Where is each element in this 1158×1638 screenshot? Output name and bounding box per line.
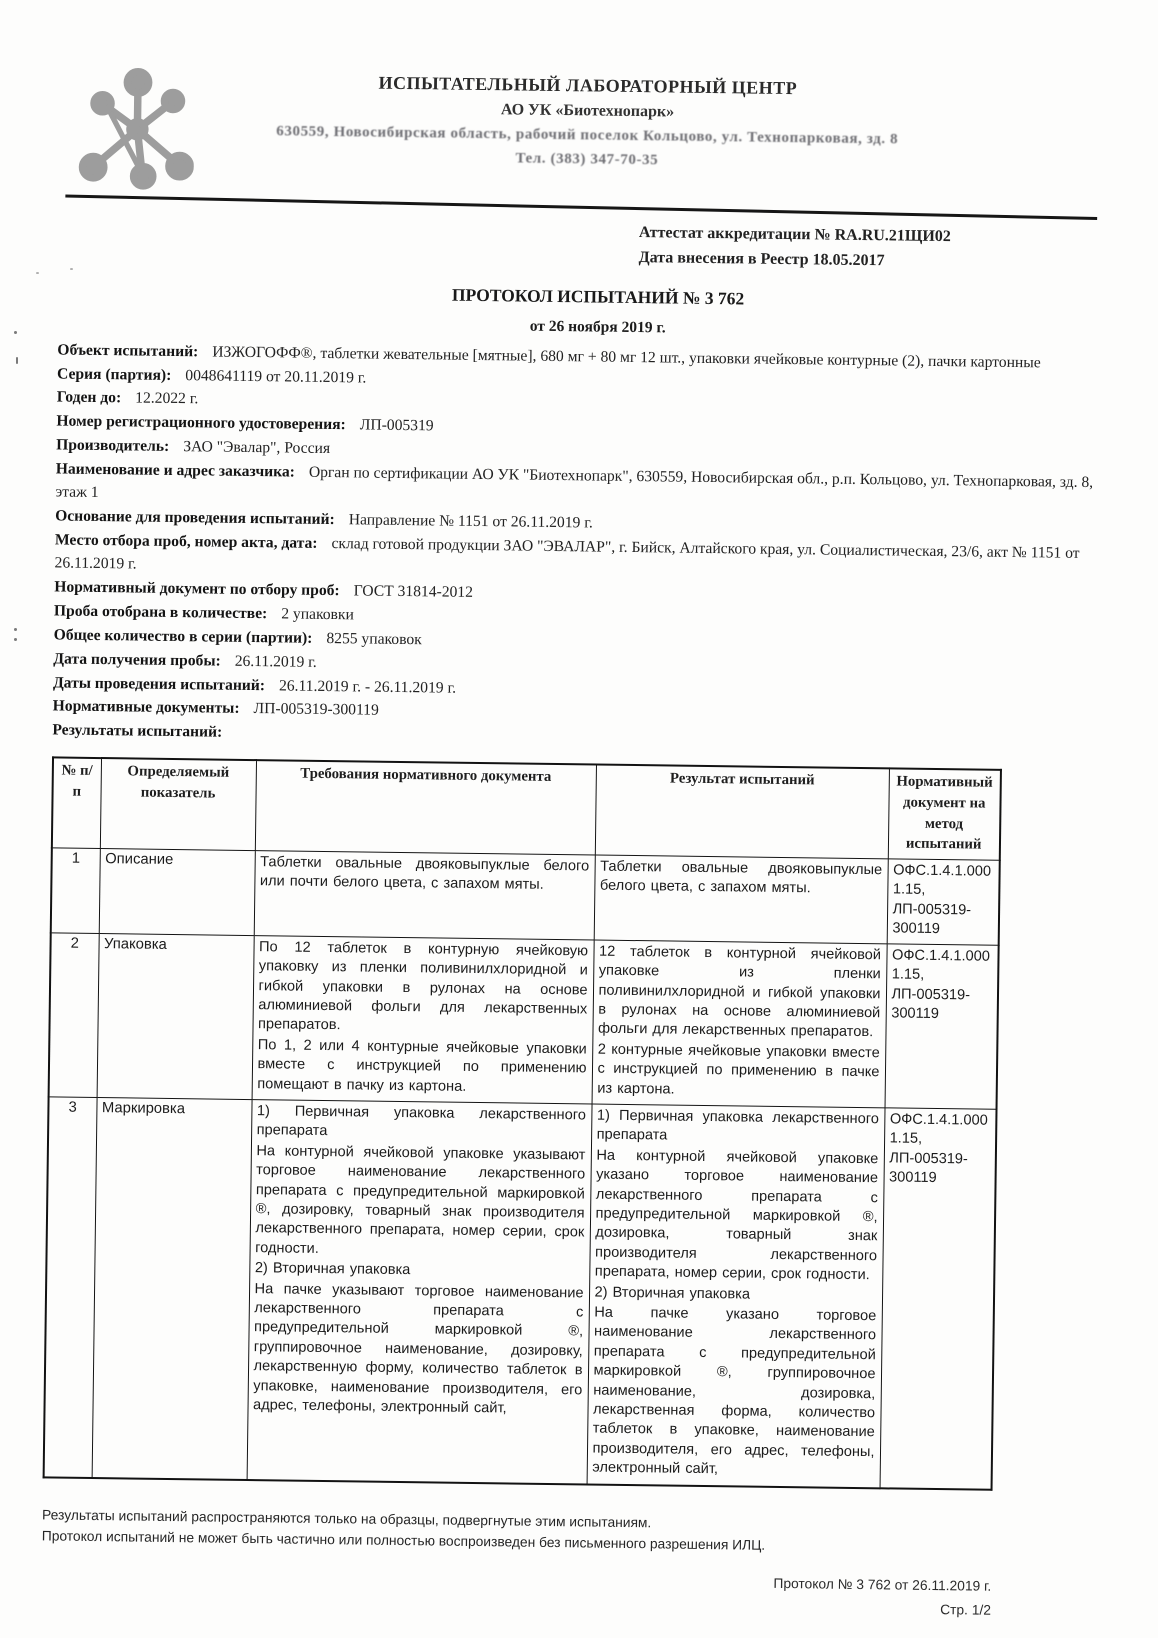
result-paragraph: 2) Вторичная упаковка [594,1283,876,1306]
field-value: 2 упаковки [281,605,354,623]
result-paragraph: Таблетки овальные двояковыпуклые белого … [600,858,882,901]
row-indicator: Описание [99,849,255,936]
row-requirement: По 12 таблеток в контурную ячейковую упа… [252,935,594,1104]
row-indicator: Упаковка [97,933,254,1099]
row-norm-doc: ОФС.1.4.1.0001.15, ЛП-005319-300119 [887,859,1000,945]
requirement-paragraph: По 1, 2 или 4 контурные ячейковые упаков… [257,1036,587,1099]
result-paragraph: 1) Первичная упаковка лекарственного пре… [597,1107,879,1150]
table-row: 1 Описание Таблетки овальные двояковыпук… [51,848,1000,945]
field-label: Номер регистрационного удостоверения: [56,413,346,434]
field-label: Годен до: [57,389,122,407]
table-header-row: № п/п Определяемый показатель Требования… [52,758,1001,861]
result-paragraph: На пачке указано торговое наименование л… [592,1304,876,1482]
field-value: ГОСТ 31814-2012 [354,582,473,601]
field-label: Производитель: [56,437,169,455]
field-label: Нормативные документы: [53,698,240,717]
metadata-fields: Объект испытаний:ИЗЖОГОФФ®, таблетки жев… [52,339,1095,756]
scan-artifact [14,638,17,641]
scan-artifact [14,331,17,334]
row-number: 3 [44,1097,97,1478]
field-label: Серия (партия): [57,365,171,383]
field-value: 26.11.2019 г. - 26.11.2019 г. [279,677,456,696]
field-label: Объект испытаний: [57,341,198,360]
field-value: 8255 упаковок [326,630,422,648]
field-label: Наименование и адрес заказчика: [56,461,295,481]
col-header-number: № п/п [52,758,101,849]
col-header-indicator: Определяемый показатель [100,758,256,850]
row-number: 2 [49,933,99,1098]
table-row: 3 Маркировка 1) Первичная упаковка лекар… [44,1097,997,1490]
row-result: 12 таблеток в контурной ячейковой упаков… [592,940,887,1108]
scan-artifact [14,628,17,631]
requirement-paragraph: На контурной ячейковой упаковке указываю… [255,1142,585,1263]
table-row: 2 Упаковка По 12 таблеток в контурную яч… [49,933,999,1110]
col-header-requirement: Требования нормативного документа [255,760,596,855]
document-date: от 26 ноября 2019 г. [0,310,1154,343]
row-result: 1) Первичная упаковка лекарственного пре… [587,1104,885,1488]
results-table: № п/п Определяемый показатель Требования… [43,757,1002,1491]
header-divider [65,195,1097,221]
row-requirement: 1) Первичная упаковка лекарственного пре… [247,1100,592,1485]
document-title: ПРОТОКОЛ ИСПЫТАНИЙ № 3 762 [0,278,1154,314]
field-value: 26.11.2019 г. [235,652,317,670]
field-value: Направление № 1151 от 26.11.2019 г. [349,511,593,531]
result-paragraph: 2 контурные ячейковые упаковки вместе с … [597,1040,880,1102]
field-label: Нормативный документ по отбору проб: [54,578,340,599]
field-label: Проба отобрана в количестве: [54,602,268,622]
scanned-content: ИСПЫТАТЕЛЬНЫЙ ЛАБОРАТОРНЫЙ ЦЕНТР АО УК «… [0,0,1158,1638]
requirement-paragraph: По 12 таблеток в контурную ячейковую упа… [258,938,588,1039]
requirement-paragraph: На пачке указывают торговое наименование… [253,1280,584,1420]
field-label: Место отбора проб, номер акта, дата: [55,531,318,551]
row-norm-doc: ОФС.1.4.1.0001.15, ЛП-005319-300119 [880,1108,997,1490]
field-value: ЗАО "Эвалар", Россия [183,438,330,457]
footer-reference: Протокол № 3 762 от 26.11.2019 г. Стр. 1… [0,1562,991,1622]
field-label: Даты проведения испытаний: [53,674,265,694]
row-norm-doc: ОФС.1.4.1.0001.15, ЛП-005319-300119 [885,944,999,1110]
result-paragraph: На контурной ячейковой упаковке указано … [595,1146,879,1286]
row-number: 1 [51,848,100,933]
field-label: Основание для проведения испытаний: [55,507,335,528]
footnotes: Результаты испытаний распространяются то… [42,1504,1138,1561]
letterhead: ИСПЫТАТЕЛЬНЫЙ ЛАБОРАТОРНЫЙ ЦЕНТР АО УК «… [0,0,1158,195]
field-value: 12.2022 г. [135,390,198,408]
result-paragraph: 12 таблеток в контурной ячейковой упаков… [598,942,881,1043]
accreditation-block: Аттестат аккредитации № RA.RU.21ЩИ02 Дат… [638,221,1155,277]
field-value: 0048641119 от 20.11.2019 г. [185,367,366,386]
requirement-paragraph: Таблетки овальные двояковыпуклые белого … [260,853,589,896]
row-indicator: Маркировка [92,1097,252,1479]
col-header-result: Результат испытаний [595,765,889,859]
field-label: Результаты испытаний: [52,722,222,741]
row-result: Таблетки овальные двояковыпуклые белого … [594,855,888,943]
scan-artifact [16,357,18,364]
field-value: ЛП-005319 [360,417,434,435]
field-label: Дата получения пробы: [53,650,221,669]
field-value: ЛП-005319-300119 [253,700,378,719]
row-requirement: Таблетки овальные двояковыпуклые белого … [254,851,595,940]
scan-artifact [70,268,73,270]
requirement-paragraph: 1) Первичная упаковка лекарственного пре… [257,1102,586,1145]
scan-artifact [36,272,39,274]
col-header-norm-doc: Нормативный документ на метод испытаний [888,769,1001,861]
protocol-document-page: ИСПЫТАТЕЛЬНЫЙ ЛАБОРАТОРНЫЙ ЦЕНТР АО УК «… [0,0,1158,1638]
field-label: Общее количество в серии (партии): [54,626,313,646]
